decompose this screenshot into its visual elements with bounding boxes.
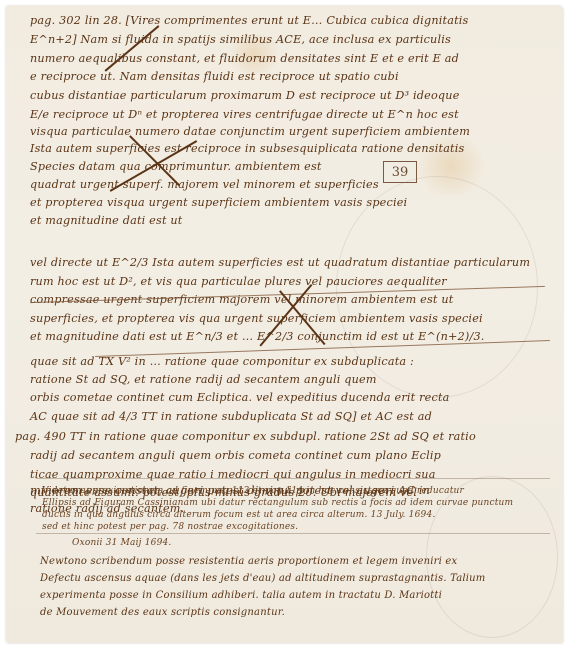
manuscript-line: vel directe ut E^2/3 Ista autem superfic… <box>30 256 530 269</box>
final-paragraph-line: Newtono scribendum posse resistentia aer… <box>40 556 457 567</box>
note-line: Videtur approximationem ad finem pag 113… <box>42 486 464 496</box>
manuscript-line: E/e reciproce ut Dⁿ et propterea vires c… <box>30 108 459 121</box>
manuscript-line: ratione St ad SQ, et ratione radij ad se… <box>30 373 377 386</box>
manuscript-line: quadrat urgent superf. majorem vel minor… <box>30 178 379 191</box>
manuscript-line: quae sit ad TX V² in … ratione quae comp… <box>30 355 414 368</box>
divider-line <box>36 533 550 534</box>
manuscript-line: et magnitudine dati est ut E^n/3 et … E^… <box>30 330 485 343</box>
final-paragraph-line: Defectu ascensus aquae (dans les jets d'… <box>40 573 485 584</box>
manuscript-line: et propterea visqua urgent superficiem a… <box>30 196 407 209</box>
manuscript-line: et magnitudine dati est ut <box>30 214 183 227</box>
manuscript-line: Species datam qua comprimuntur. ambiente… <box>30 160 322 173</box>
manuscript-line: orbis cometae continet cum Ecliptica. ve… <box>30 391 450 404</box>
manuscript-line: cubus distantiae particularum proximarum… <box>30 89 460 102</box>
note-line: ductis in qua angulus circa alterum focu… <box>42 510 435 520</box>
manuscript-line: radij ad secantem anguli quem orbis come… <box>30 449 441 462</box>
divider-line <box>36 478 550 479</box>
manuscript-line: AC quae sit ad 4/3 TT in ratione subdupl… <box>30 410 432 423</box>
manuscript-line: visqua particulae numero datae conjuncti… <box>30 125 470 138</box>
manuscript-line: superficies, et propterea vis qua urgent… <box>30 312 483 325</box>
manuscript-line: pag. 490 TT in ratione quae componitur e… <box>15 430 476 443</box>
manuscript-line: pag. 302 lin 28. [Vires comprimentes eru… <box>30 14 468 27</box>
manuscript-line: ticae quamproxime quae ratio i mediocri … <box>30 468 436 481</box>
note-line: sed et hinc potest per pag. 78 nostrae e… <box>42 522 298 532</box>
folio-number-box: 39 <box>383 161 417 183</box>
note-signature: Oxonii 31 Maij 1694. <box>72 538 171 548</box>
manuscript-line: rum hoc est ut D², et vis qua particulae… <box>30 275 447 288</box>
manuscript-line: e reciproce ut. Nam densitas fluidi est … <box>30 70 399 83</box>
manuscript-line: numero aequalibus constant, et fluidorum… <box>30 52 459 65</box>
final-paragraph-line: de Mouvement des eaux scriptis consignan… <box>40 607 285 618</box>
folio-number: 39 <box>392 165 409 180</box>
manuscript-line: E^n+2] Nam si fluida in spatijs similibu… <box>30 33 451 46</box>
manuscript-line: Ista autem superficies est reciproce in … <box>30 142 464 155</box>
final-paragraph-line: experimenta posse in Consilium adhiberi.… <box>40 590 442 601</box>
note-line: Ellipsis ad Figuram Cassinianam ubi datu… <box>42 498 513 508</box>
